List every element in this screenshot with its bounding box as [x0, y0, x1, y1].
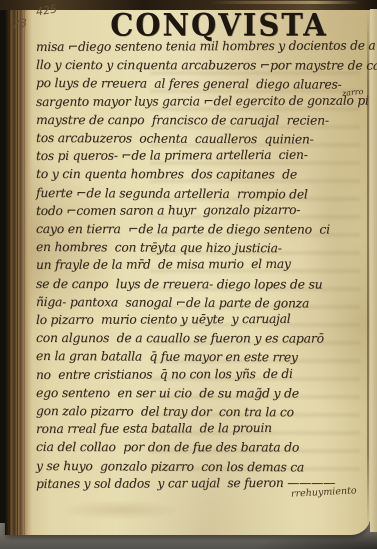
- manuscript-line: ego senteno en ser ui cio de su mag̃d y …: [36, 384, 366, 403]
- page-right-edge: [367, 10, 369, 530]
- manuscript-text-block: misa ⌐diego senteno tenia mil hombres y …: [36, 38, 366, 493]
- manuscript-line: sargento mayor luys garcia ⌐del egercito…: [36, 91, 361, 111]
- manuscript-line: lo pizarro murio ciento y uēyte y caruaj…: [36, 310, 361, 330]
- manuscript-line: todo ⌐comen saron a huyr gonzalo pizarro…: [36, 200, 361, 220]
- manuscript-line: rona rreal fue esta batalla de la prouin: [36, 419, 361, 439]
- manuscript-line: un frayle de la mr̄d de misa murio el ma…: [36, 255, 361, 275]
- manuscript-line: se de canpo luys de rreuera- diego lopes…: [36, 275, 366, 294]
- binding-crease: [24, 9, 25, 535]
- manuscript-line: to y cin quenta hombres dos capitanes de: [36, 165, 366, 184]
- manuscript-line: maystre de canpo francisco de caruajal r…: [36, 111, 366, 130]
- manuscript-line: llo y ciento y cinquenta arcabuzeros ⌐po…: [36, 56, 366, 75]
- manuscript-line: tos pi queros- ⌐de la primera artelleria…: [36, 146, 361, 166]
- manuscript-line: no entre cristianos q̄ no con los yñs de…: [36, 364, 361, 384]
- manuscript-line: cia del collao por don de fue des barata…: [36, 438, 366, 457]
- book-top-edge-highlight: [210, 1, 360, 4]
- folio-number-23: 23: [13, 17, 28, 31]
- binding-crease: [9, 9, 10, 535]
- manuscript-scan: 425 23 CONQVISTA misa ⌐diego senteno ten…: [0, 0, 377, 549]
- binding-crease: [17, 9, 18, 535]
- manuscript-line: misa ⌐diego senteno tenia mil hombres y …: [36, 37, 361, 57]
- manuscript-line: con algunos de a cauallo se fueron y es …: [36, 329, 366, 348]
- next-page-edge: [370, 9, 377, 532]
- manuscript-line: cayo en tierra ⌐de la parte de diego sen…: [36, 220, 366, 239]
- parchment-stain: [60, 500, 180, 520]
